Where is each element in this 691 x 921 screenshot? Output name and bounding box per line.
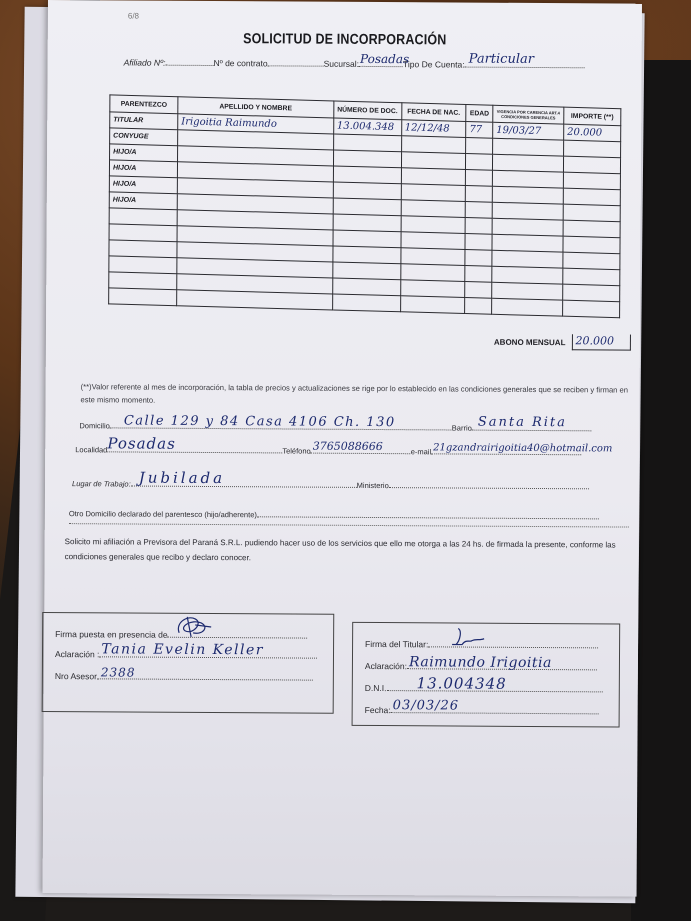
contrato-label: Nº de contrato [213, 58, 267, 68]
cell-fecha-nac[interactable] [400, 248, 465, 266]
cell-vigencia[interactable] [492, 218, 563, 236]
cell-parentezco [109, 272, 177, 290]
cell-fecha-nac[interactable] [401, 184, 466, 202]
otro-domicilio-label: Otro Domicilio declarado del parentesco … [69, 509, 257, 519]
advisor-firma-field[interactable] [168, 628, 308, 639]
cell-parentezco: HIJO/A [109, 192, 177, 210]
holder-aclaracion-row: Aclaración: Raimundo Irigoitia [365, 659, 597, 672]
cell-edad[interactable] [465, 298, 492, 315]
sucursal-field[interactable]: Posadas [359, 57, 403, 67]
holder-fecha-field[interactable]: 03/03/26 [391, 703, 599, 714]
localidad-label: Localidad [75, 445, 107, 454]
cell-fecha-nac[interactable] [400, 280, 465, 298]
ministerio-label: Ministerio [357, 481, 389, 490]
cell-vigencia[interactable] [493, 154, 564, 172]
family-members-table: PARENTEZCO APELLIDO Y NOMBRE NÚMERO DE D… [108, 94, 621, 318]
cell-vigencia[interactable] [492, 170, 563, 188]
cell-importe[interactable] [563, 284, 620, 302]
cell-documento[interactable] [333, 246, 401, 264]
sucursal-label: Sucursal: [324, 59, 359, 69]
afiliado-label: Afiliado Nº: [124, 57, 166, 67]
advisor-signature-box: Firma puesta en presencia de Aclaración … [42, 612, 335, 714]
advisor-aclaracion-field[interactable]: Tania Evelin Keller [99, 647, 317, 658]
cell-edad[interactable] [465, 250, 492, 267]
holder-dni-row: D.N.I. 13.004348 [365, 681, 603, 694]
trabajo-field[interactable]: Jubilada [131, 477, 357, 488]
cell-parentezco [109, 240, 177, 258]
cell-vigencia[interactable] [492, 282, 563, 300]
tipo-cuenta-field[interactable]: Particular [465, 58, 585, 69]
abono-value[interactable]: 20.000 [571, 334, 630, 350]
contrato-field[interactable] [268, 56, 324, 66]
form-title: SOLICITUD DE INCORPORACIÓN [89, 30, 600, 49]
barrio-label: Barrio [452, 423, 472, 432]
cell-fecha-nac[interactable] [401, 136, 466, 154]
cell-fecha-nac[interactable] [401, 152, 466, 170]
cell-documento[interactable] [333, 214, 401, 232]
cell-edad[interactable]: 77 [466, 122, 493, 139]
cell-importe[interactable] [563, 156, 620, 174]
cell-edad[interactable] [465, 218, 492, 235]
holder-fecha-row: Fecha: 03/03/26 [365, 703, 599, 716]
price-reference-note: (**)Valor referente al mes de incorporac… [81, 380, 636, 409]
monthly-fee: ABONO MENSUAL 20.000 [494, 334, 631, 351]
advisor-aclaracion-row: Aclaración : Tania Evelin Keller [55, 647, 317, 661]
cell-vigencia[interactable] [492, 186, 563, 204]
cell-importe[interactable] [563, 204, 620, 222]
barrio-field[interactable]: Santa Rita [472, 421, 592, 432]
cell-documento[interactable] [332, 278, 400, 296]
header-fields-row: Afiliado Nº: Nº de contrato Sucursal: Po… [124, 55, 585, 70]
cell-edad[interactable] [465, 202, 492, 219]
cell-fecha-nac[interactable] [400, 264, 465, 282]
cell-parentezco: TITULAR [110, 112, 178, 130]
cell-edad[interactable] [466, 170, 493, 187]
advisor-firma-label: Firma puesta en presencia de [55, 629, 168, 640]
domicilio-label: Domicilio [79, 421, 109, 430]
cell-edad[interactable] [466, 186, 493, 203]
holder-signature-box: Firma del Titular: Aclaración: Raimundo … [352, 622, 621, 728]
cell-documento[interactable] [333, 182, 401, 200]
cell-documento[interactable] [332, 294, 400, 312]
cell-fecha-nac[interactable] [400, 296, 465, 314]
telefono-label: Teléfono [282, 446, 310, 455]
cell-parentezco: CONYUGE [110, 128, 178, 146]
holder-dni-label: D.N.I. [365, 683, 387, 693]
domicilio-row: Domicilio Calle 129 y 84 Casa 4106 Ch. 1… [79, 418, 592, 433]
localidad-field[interactable]: Posadas [107, 442, 282, 453]
holder-aclaracion-field[interactable]: Raimundo Irigoitia [407, 659, 597, 670]
page-number: 6/8 [128, 11, 139, 20]
cell-vigencia[interactable] [492, 266, 563, 284]
cell-fecha-nac[interactable] [401, 216, 466, 234]
col-header-fecha-nac: FECHA DE NAC. [401, 103, 466, 122]
advisor-asesor-field[interactable]: 2388 [97, 669, 313, 680]
cell-edad[interactable] [466, 138, 493, 155]
advisor-asesor-row: Nro Asesor 2388 [55, 669, 313, 683]
cell-parentezco: HIJO/A [109, 176, 177, 194]
cell-importe[interactable] [563, 188, 620, 206]
cell-parentezco [109, 256, 177, 274]
form-page: 6/8 SOLICITUD DE INCORPORACIÓN Afiliado … [43, 0, 642, 897]
cell-edad[interactable] [465, 234, 492, 251]
cell-importe[interactable]: 20.000 [564, 124, 621, 142]
cell-vigencia[interactable]: 19/03/27 [493, 122, 564, 140]
advisor-aclaracion-label: Aclaración : [55, 649, 99, 659]
cell-parentezco: HIJO/A [109, 160, 177, 178]
cell-edad[interactable] [466, 154, 493, 171]
cell-documento[interactable] [333, 150, 401, 168]
holder-firma-row: Firma del Titular: [365, 637, 598, 650]
cell-importe[interactable] [563, 220, 620, 238]
cell-fecha-nac[interactable]: 12/12/48 [401, 120, 466, 138]
trabajo-row: Lugar de Trabajo: Jubilada Ministerio [72, 476, 589, 491]
telefono-field[interactable]: 3765088666 [311, 444, 411, 455]
holder-firma-label: Firma del Titular: [365, 639, 428, 649]
cell-fecha-nac[interactable] [401, 168, 466, 186]
col-header-vigencia: VIGENCIA POR CARENCIA ART.4 CONDICIONES … [493, 105, 564, 124]
cell-importe[interactable] [563, 300, 620, 318]
trabajo-label: Lugar de Trabajo: [72, 479, 131, 488]
holder-signature-scribble [448, 626, 488, 648]
holder-firma-field[interactable] [428, 637, 598, 648]
cell-importe[interactable] [563, 140, 620, 158]
localidad-row: Localidad Posadas Teléfono 3765088666 e-… [75, 442, 581, 457]
col-header-importe: IMPORTE (**) [564, 107, 621, 126]
cell-documento[interactable] [333, 166, 401, 184]
otro-domicilio-row: Otro Domicilio declarado del parentesco … [69, 506, 599, 521]
cell-vigencia[interactable] [492, 202, 563, 220]
advisor-signature-scribble [174, 613, 214, 639]
domicilio-field[interactable]: Calle 129 y 84 Casa 4106 Ch. 130 [110, 418, 452, 430]
holder-aclaracion-label: Aclaración: [365, 661, 407, 671]
cell-documento[interactable] [333, 198, 401, 216]
otro-domicilio-field[interactable] [257, 507, 599, 519]
col-header-edad: EDAD [466, 105, 493, 123]
cell-vigencia[interactable] [492, 298, 563, 316]
tipo-cuenta-label: Tipo De Cuenta: [403, 59, 465, 69]
cell-vigencia[interactable] [492, 234, 563, 252]
otro-domicilio-extra-line[interactable] [69, 523, 629, 527]
email-label: e-mail [411, 447, 431, 456]
ministerio-field[interactable] [389, 478, 589, 489]
cell-edad[interactable] [465, 266, 492, 283]
cell-documento[interactable] [333, 230, 401, 248]
cell-importe[interactable] [563, 252, 620, 270]
advisor-asesor-label: Nro Asesor [55, 671, 97, 681]
holder-dni-field[interactable]: 13.004348 [387, 681, 603, 692]
holder-fecha-label: Fecha: [365, 705, 391, 715]
cell-nombre[interactable] [177, 290, 333, 310]
cell-fecha-nac[interactable] [401, 200, 466, 218]
col-header-parentezco: PARENTEZCO [110, 95, 178, 114]
advisor-firma-row: Firma puesta en presencia de [55, 627, 308, 641]
cell-documento[interactable]: 13.004.348 [333, 118, 401, 136]
cell-parentezco [109, 208, 177, 226]
cell-parentezco [109, 224, 177, 242]
cell-edad[interactable] [465, 282, 492, 299]
affiliation-declaration: Solicito mi afiliación a Previsora del P… [65, 534, 635, 567]
cell-importe[interactable] [563, 236, 620, 254]
cell-fecha-nac[interactable] [401, 232, 466, 250]
cell-vigencia[interactable] [493, 138, 564, 156]
abono-label: ABONO MENSUAL [494, 337, 566, 346]
col-header-documento: NÚMERO DE DOC. [333, 101, 401, 120]
cell-parentezco: HIJO/A [110, 144, 178, 162]
afiliado-field[interactable] [165, 56, 213, 66]
cell-documento[interactable] [332, 262, 400, 280]
email-field[interactable]: 21gzandrairigoitia40@hotmail.com [431, 444, 581, 455]
cell-vigencia[interactable] [492, 250, 563, 268]
cell-importe[interactable] [563, 268, 620, 286]
cell-parentezco [109, 288, 177, 306]
cell-documento[interactable] [333, 134, 401, 152]
cell-importe[interactable] [563, 172, 620, 190]
